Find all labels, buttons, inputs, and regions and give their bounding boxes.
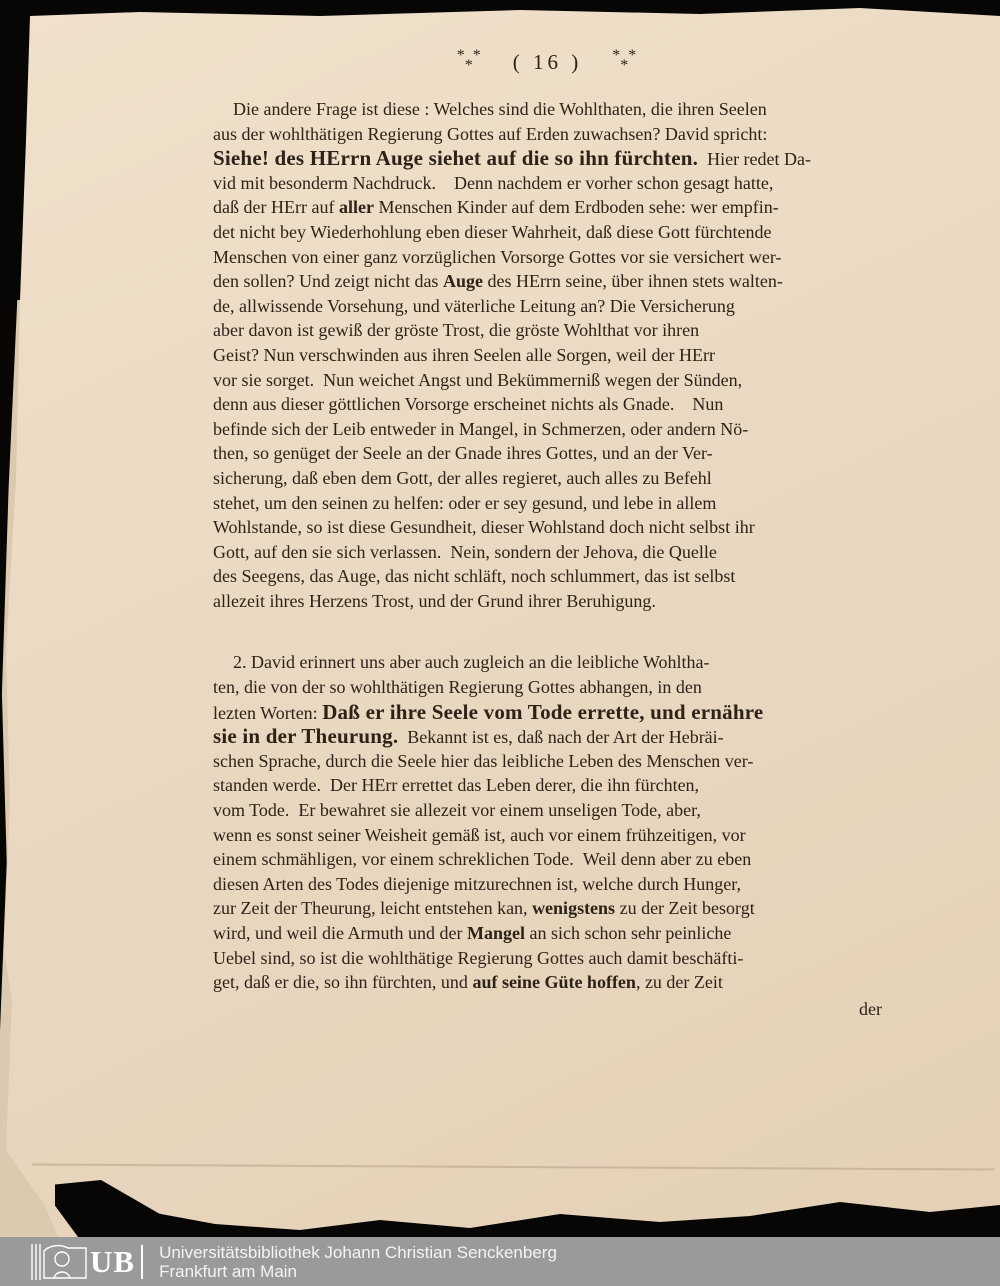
text-line: Gott, auf den sie sich verlassen. Nein, … [213,540,882,565]
text-segment: Menschen von einer ganz vorzüglichen Vor… [213,247,781,267]
page-header: * * * ( 16 ) * * * [213,50,882,75]
text-line: det nicht bey Wiederhohlung eben dieser … [213,220,882,245]
text-line: stehet, um den seinen zu helfen: oder er… [213,491,882,516]
text-segment: Wohlstande, so ist diese Gesundheit, die… [213,517,755,537]
text-segment: 2. David erinnert uns aber auch zugleich… [233,652,710,672]
text-line: wird, und weil die Armuth und der Mangel… [213,921,882,946]
text-line: then, so genüget der Seele an der Gnade … [213,441,882,466]
text-line: sicherung, daß eben dem Gott, der alles … [213,466,882,491]
text-segment: aller [339,197,374,217]
paragraph: Die andere Frage ist diese : Welches sin… [213,97,882,613]
text-line: den sollen? Und zeigt nicht das Auge des… [213,269,882,294]
text-line: vor sie sorget. Nun weichet Angst und Be… [213,368,882,393]
page-number: ( 16 ) [513,50,583,75]
text-line: de, allwissende Vorsehung, und väterlich… [213,294,882,319]
text-segment: aus der wohlthätigen Regierung Gottes au… [213,124,767,144]
text-segment: de, allwissende Vorsehung, und väterlich… [213,296,735,316]
text-segment: an sich schon sehr peinliche [525,923,731,943]
text-line: aber davon ist gewiß der gröste Trost, d… [213,318,882,343]
text-segment: einem schmähligen, vor einem schrekliche… [213,849,751,869]
text-line: Geist? Nun verschwinden aus ihren Seelen… [213,343,882,368]
library-name: Universitätsbibliothek Johann Christian … [159,1243,557,1262]
text-line: vom Tode. Er bewahret sie allezeit vor e… [213,798,882,823]
library-caption: Universitätsbibliothek Johann Christian … [159,1243,557,1281]
text-segment: sie in der Theurung. [213,724,398,748]
text-segment: , zu der Zeit [636,972,723,992]
text-segment: then, so genüget der Seele an der Gnade … [213,443,713,463]
text-line: diesen Arten des Todes diejenige mitzure… [213,872,882,897]
text-segment: Uebel sind, so ist die wohlthätige Regie… [213,948,743,968]
text-segment: stehet, um den seinen zu helfen: oder er… [213,493,716,513]
text-segment: vid mit besonderm Nachdruck. Denn nachde… [213,173,773,193]
text-segment: Bekannt ist es, daß nach der Art der Heb… [398,727,723,747]
book-page: * * * ( 16 ) * * * Die andere Frage ist … [0,0,1000,1240]
text-segment: zu der Zeit besorgt [615,898,755,918]
ub-logo: UB [30,1240,143,1284]
text-line: daß der HErr auf aller Menschen Kinder a… [213,195,882,220]
ub-logo-text: UB [90,1246,135,1277]
text-segment: Siehe! des HErrn Auge siehet auf die so … [213,146,698,170]
text-segment: allezeit ihres Herzens Trost, und der Gr… [213,591,656,611]
text-segment: vor sie sorget. Nun weichet Angst und Be… [213,370,742,390]
text-segment: den sollen? Und zeigt nicht das [213,271,443,291]
text-line: einem schmähligen, vor einem schrekliche… [213,847,882,872]
text-line: wenn es sonst seiner Weisheit gemäß ist,… [213,823,882,848]
text-segment: zur Zeit der Theurung, leicht entstehen … [213,898,532,918]
text-segment: befinde sich der Leib entweder in Mangel… [213,419,748,439]
asterism-ornament-right: * * * [612,51,638,71]
text-segment: Daß er ihre Seele vom Tode errette, und … [322,700,763,724]
text-line: 2. David erinnert uns aber auch zugleich… [213,650,882,675]
text-segment: aber davon ist gewiß der gröste Trost, d… [213,320,699,340]
text-line: befinde sich der Leib entweder in Mangel… [213,417,882,442]
text-segment: Geist? Nun verschwinden aus ihren Seelen… [213,345,715,365]
text-segment: diesen Arten des Todes diejenige mitzure… [213,874,741,894]
text-line: sie in der Theurung. Bekannt ist es, daß… [213,724,882,749]
goethe-portrait-icon [30,1242,88,1282]
text-segment: Mangel [467,923,525,943]
text-segment: des HErrn seine, über ihnen stets walten… [483,271,783,291]
text-line: get, daß er die, so ihn fürchten, und au… [213,970,882,995]
text-line: schen Sprache, durch die Seele hier das … [213,749,882,774]
text-segment: ten, die von der so wohlthätigen Regieru… [213,677,702,697]
text-line: denn aus dieser göttlichen Vorsorge ersc… [213,392,882,417]
text-line: aus der wohlthätigen Regierung Gottes au… [213,122,882,147]
paragraph: 2. David erinnert uns aber auch zugleich… [213,650,882,994]
text-line: Wohlstande, so ist diese Gesundheit, die… [213,515,882,540]
text-line: Menschen von einer ganz vorzüglichen Vor… [213,245,882,270]
text-segment: wird, und weil die Armuth und der [213,923,467,943]
text-segment: daß der HErr auf [213,197,339,217]
text-segment: sicherung, daß eben dem Gott, der alles … [213,468,712,488]
logo-divider [141,1245,143,1279]
text-segment: standen werde. Der HErr errettet das Leb… [213,775,699,795]
text-line: vid mit besonderm Nachdruck. Denn nachde… [213,171,882,196]
text-segment: schen Sprache, durch die Seele hier das … [213,751,753,771]
text-line: Uebel sind, so ist die wohlthätige Regie… [213,946,882,971]
text-segment: lezten Worten: [213,703,322,723]
text-segment: wenn es sonst seiner Weisheit gemäß ist,… [213,825,746,845]
text-line: zur Zeit der Theurung, leicht entstehen … [213,896,882,921]
text-segment: wenigstens [532,898,615,918]
text-segment: get, daß er die, so ihn fürchten, und [213,972,472,992]
library-footer-bar: UB Universitätsbibliothek Johann Christi… [0,1237,1000,1286]
text-line: ten, die von der so wohlthätigen Regieru… [213,675,882,700]
text-segment: Gott, auf den sie sich verlassen. Nein, … [213,542,717,562]
text-segment: Hier redet Da- [698,149,811,169]
text-line: Die andere Frage ist diese : Welches sin… [213,97,882,122]
text-block: Die andere Frage ist diese : Welches sin… [213,97,882,995]
text-segment: det nicht bey Wiederhohlung eben dieser … [213,222,771,242]
text-line: Siehe! des HErrn Auge siehet auf die so … [213,146,882,171]
text-segment: Menschen Kinder auf dem Erdboden sehe: w… [374,197,779,217]
text-segment: Die andere Frage ist diese : Welches sin… [233,99,767,119]
text-line: lezten Worten: Daß er ihre Seele vom Tod… [213,700,882,725]
text-line: des Seegens, das Auge, das nicht schläft… [213,564,882,589]
text-segment: auf seine Güte hoffen [472,972,636,992]
text-segment: des Seegens, das Auge, das nicht schläft… [213,566,735,586]
asterism-bottom: * [465,61,475,71]
text-line: standen werde. Der HErr errettet das Leb… [213,773,882,798]
text-segment: vom Tode. Er bewahret sie allezeit vor e… [213,800,701,820]
text-segment: Auge [443,271,483,291]
asterism-ornament-left: * * * [457,51,483,71]
text-segment: denn aus dieser göttlichen Vorsorge ersc… [213,394,723,414]
scan-background: * * * ( 16 ) * * * Die andere Frage ist … [0,0,1000,1286]
text-line: allezeit ihres Herzens Trost, und der Gr… [213,589,882,614]
catchword: der [859,999,882,1020]
asterism-bottom: * [620,61,630,71]
library-city: Frankfurt am Main [159,1262,557,1281]
